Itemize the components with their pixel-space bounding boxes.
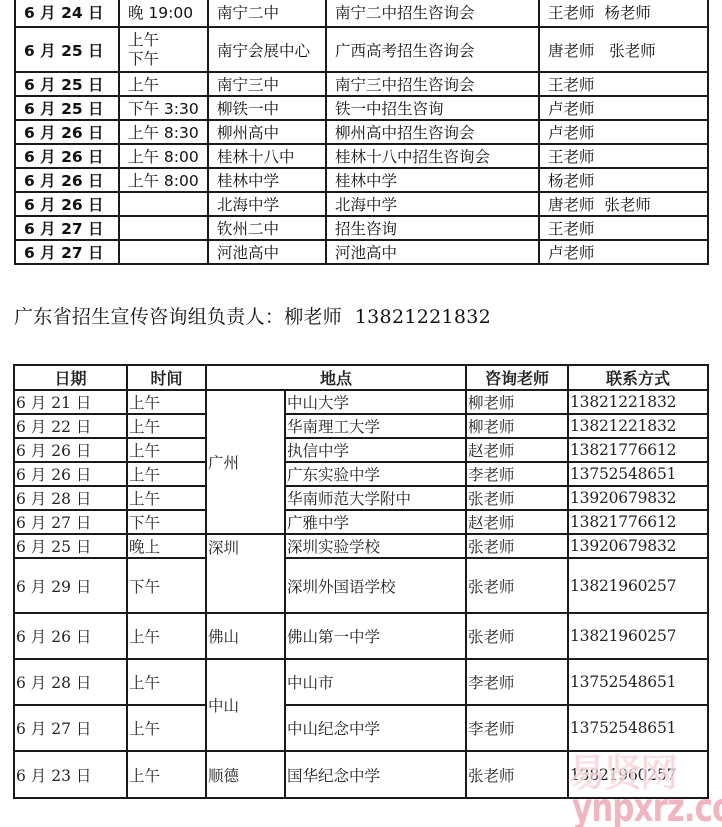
event-cell: 北海中学: [326, 192, 539, 216]
table-row: 6 月 21 日 上午 广州 中山大学 柳老师 13821221832: [14, 390, 708, 414]
time-cell: 上午: [127, 705, 206, 751]
table-row: 6 月 26 日 北海中学 北海中学 唐老师 张老师: [15, 192, 708, 216]
venue-cell: 桂林十八中: [208, 144, 326, 168]
time-cell: 上午: [127, 751, 206, 798]
time-cell: 上午: [119, 72, 208, 96]
city-cell-zhongshan: 中山: [206, 659, 285, 751]
date-cell: 6 月 27 日: [14, 510, 127, 534]
date-cell: 6 月 22 日: [14, 414, 127, 438]
guangdong-schedule-table: 日期 时间 地点 咨询老师 联系方式 6 月 21 日 上午 广州 中山大学 柳…: [13, 364, 709, 799]
teacher-cell: 王老师: [539, 144, 708, 168]
date-cell: 6 月 21 日: [14, 390, 127, 414]
school-cell: 国华纪念中学: [285, 751, 466, 798]
table-row: 6 月 27 日 河池高中 河池高中 卢老师: [15, 240, 708, 264]
phone-cell: 13821960257: [568, 751, 708, 798]
table-row: 6 月 26 日 上午 广东实验中学 李老师 13752548651: [14, 462, 708, 486]
teacher-cell: 张老师: [466, 613, 568, 659]
table-row: 6 月 24 日 晚 19:00 南宁二中 南宁二中招生咨询会 王老师 杨老师: [15, 0, 708, 27]
phone-cell: 13821960257: [568, 613, 708, 659]
teacher-cell: 李老师: [466, 705, 568, 751]
phone-cell: 13821960257: [568, 558, 708, 613]
teacher-cell: 杨老师: [539, 168, 708, 192]
time-line: 下午: [128, 50, 207, 69]
teacher-cell: 张老师: [466, 486, 568, 510]
phone-cell: 13821221832: [568, 390, 708, 414]
teacher-cell: 王老师: [539, 72, 708, 96]
event-cell: 河池高中: [326, 240, 539, 264]
date-cell: 6 月 27 日: [14, 705, 127, 751]
table-row: 6 月 26 日 上午 8:30 柳州高中 柳州高中招生咨询会 卢老师: [15, 120, 708, 144]
teacher-cell: 卢老师: [539, 120, 708, 144]
time-cell: 上午: [127, 390, 206, 414]
date-cell: 6 月 26 日: [15, 144, 119, 168]
event-cell: 桂林十八中招生咨询会: [326, 144, 539, 168]
school-cell: 佛山第一中学: [285, 613, 466, 659]
date-cell: 6 月 26 日: [14, 462, 127, 486]
teacher-cell: 李老师: [466, 462, 568, 486]
school-cell: 执信中学: [285, 438, 466, 462]
venue-cell: 桂林中学: [208, 168, 326, 192]
phone-cell: 13920679832: [568, 486, 708, 510]
phone-cell: 13752548651: [568, 659, 708, 705]
date-cell: 6 月 25 日: [15, 72, 119, 96]
teacher-cell: 张老师: [466, 534, 568, 558]
table-row: 6 月 28 日 上午 中山 中山市 李老师 13752548651: [14, 659, 708, 705]
table-row: 6 月 26 日 上午 佛山 佛山第一中学 张老师 13821960257: [14, 613, 708, 659]
date-cell: 6 月 26 日: [14, 438, 127, 462]
teacher-cell: 柳老师: [466, 414, 568, 438]
time-cell: 晚 19:00: [119, 0, 208, 27]
date-cell: 6 月 28 日: [14, 659, 127, 705]
time-cell: 上午 8:00: [119, 144, 208, 168]
teacher-cell: 王老师: [539, 216, 708, 240]
time-cell: 上午: [127, 659, 206, 705]
table-row: 6 月 27 日 上午 中山纪念中学 李老师 13752548651: [14, 705, 708, 751]
header-teacher: 咨询老师: [466, 365, 568, 390]
table-row: 6 月 25 日 上午 下午 南宁会展中心 广西高考招生咨询会 唐老师 张老师: [15, 27, 708, 72]
event-cell: 招生咨询: [326, 216, 539, 240]
teacher-cell: 赵老师: [466, 438, 568, 462]
time-cell: 下午: [127, 510, 206, 534]
date-cell: 6 月 27 日: [15, 216, 119, 240]
table-row: 6 月 23 日 上午 顺德 国华纪念中学 张老师 13821960257: [14, 751, 708, 798]
time-cell: 上午 下午: [119, 27, 208, 72]
time-cell: [119, 240, 208, 264]
time-cell: [119, 216, 208, 240]
teacher-cell: 张老师: [466, 751, 568, 798]
table-row: 6 月 25 日 晚上 深圳 深圳实验学校 张老师 13920679832: [14, 534, 708, 558]
header-location: 地点: [206, 365, 466, 390]
date-cell: 6 月 23 日: [14, 751, 127, 798]
school-cell: 中山市: [285, 659, 466, 705]
phone-cell: 13752548651: [568, 705, 708, 751]
date-cell: 6 月 26 日: [15, 120, 119, 144]
venue-cell: 南宁会展中心: [208, 27, 326, 72]
time-cell: 上午 8:00: [119, 168, 208, 192]
phone-cell: 13821221832: [568, 414, 708, 438]
date-cell: 6 月 25 日: [15, 96, 119, 120]
time-line: 上午: [128, 31, 207, 50]
event-cell: 柳州高中招生咨询会: [326, 120, 539, 144]
venue-cell: 河池高中: [208, 240, 326, 264]
date-cell: 6 月 29 日: [14, 558, 127, 613]
date-cell: 6 月 25 日: [14, 534, 127, 558]
event-cell: 广西高考招生咨询会: [326, 27, 539, 72]
teacher-cell: 卢老师: [539, 96, 708, 120]
school-cell: 中山纪念中学: [285, 705, 466, 751]
school-cell: 广雅中学: [285, 510, 466, 534]
table-row: 6 月 26 日 上午 执信中学 赵老师 13821776612: [14, 438, 708, 462]
event-cell: 桂林中学: [326, 168, 539, 192]
guangxi-schedule-table: 6 月 24 日 晚 19:00 南宁二中 南宁二中招生咨询会 王老师 杨老师 …: [14, 0, 709, 265]
city-cell-shunde: 顺德: [206, 751, 285, 798]
table-row: 6 月 27 日 钦州二中 招生咨询 王老师: [15, 216, 708, 240]
city-cell-shenzhen: 深圳: [206, 534, 285, 613]
time-cell: 下午 3:30: [119, 96, 208, 120]
school-cell: 华南理工大学: [285, 414, 466, 438]
time-cell: 上午 8:30: [119, 120, 208, 144]
phone-cell: 13920679832: [568, 534, 708, 558]
phone-cell: 13821776612: [568, 510, 708, 534]
city-cell-guangzhou: 广州: [206, 390, 285, 534]
school-cell: 深圳实验学校: [285, 534, 466, 558]
school-cell: 广东实验中学: [285, 462, 466, 486]
venue-cell: 南宁二中: [208, 0, 326, 27]
date-cell: 6 月 26 日: [14, 613, 127, 659]
time-cell: 上午: [127, 613, 206, 659]
date-cell: 6 月 27 日: [15, 240, 119, 264]
teacher-cell: 卢老师: [539, 240, 708, 264]
city-cell-foshan: 佛山: [206, 613, 285, 659]
venue-cell: 柳州高中: [208, 120, 326, 144]
teacher-cell: 张老师: [466, 558, 568, 613]
event-cell: 南宁二中招生咨询会: [326, 0, 539, 27]
event-cell: 南宁三中招生咨询会: [326, 72, 539, 96]
date-cell: 6 月 26 日: [15, 192, 119, 216]
table-row: 6 月 27 日 下午 广雅中学 赵老师 13821776612: [14, 510, 708, 534]
time-cell: 上午: [127, 414, 206, 438]
time-cell: 上午: [127, 486, 206, 510]
table-row: 6 月 25 日 上午 南宁三中 南宁三中招生咨询会 王老师: [15, 72, 708, 96]
date-cell: 6 月 26 日: [15, 168, 119, 192]
phone-cell: 13752548651: [568, 462, 708, 486]
table-row: 6 月 28 日 上午 华南师范大学附中 张老师 13920679832: [14, 486, 708, 510]
table-row: 6 月 25 日 下午 3:30 柳铁一中 铁一中招生咨询 卢老师: [15, 96, 708, 120]
venue-cell: 南宁三中: [208, 72, 326, 96]
header-time: 时间: [127, 365, 206, 390]
date-cell: 6 月 28 日: [14, 486, 127, 510]
header-date: 日期: [14, 365, 127, 390]
school-cell: 深圳外国语学校: [285, 558, 466, 613]
table-row: 6 月 29 日 下午 深圳外国语学校 张老师 13821960257: [14, 558, 708, 613]
event-cell: 铁一中招生咨询: [326, 96, 539, 120]
guangdong-section-heading: 广东省招生宣传咨询组负责人：柳老师 13821221832: [14, 302, 491, 329]
phone-cell: 13821776612: [568, 438, 708, 462]
teacher-cell: 唐老师 张老师: [539, 27, 708, 72]
venue-cell: 柳铁一中: [208, 96, 326, 120]
time-cell: 上午: [127, 462, 206, 486]
teacher-cell: 柳老师: [466, 390, 568, 414]
school-cell: 中山大学: [285, 390, 466, 414]
date-cell: 6 月 25 日: [15, 27, 119, 72]
teacher-cell: 王老师 杨老师: [539, 0, 708, 27]
teacher-cell: 唐老师 张老师: [539, 192, 708, 216]
table-row: 6 月 26 日 上午 8:00 桂林中学 桂林中学 杨老师: [15, 168, 708, 192]
time-cell: 上午: [127, 438, 206, 462]
date-cell: 6 月 24 日: [15, 0, 119, 27]
table-header-row: 日期 时间 地点 咨询老师 联系方式: [14, 365, 708, 390]
school-cell: 华南师范大学附中: [285, 486, 466, 510]
teacher-cell: 赵老师: [466, 510, 568, 534]
header-contact: 联系方式: [568, 365, 708, 390]
time-cell: [119, 192, 208, 216]
teacher-cell: 李老师: [466, 659, 568, 705]
time-cell: 下午: [127, 558, 206, 613]
venue-cell: 钦州二中: [208, 216, 326, 240]
table-row: 6 月 22 日 上午 华南理工大学 柳老师 13821221832: [14, 414, 708, 438]
table-row: 6 月 26 日 上午 8:00 桂林十八中 桂林十八中招生咨询会 王老师: [15, 144, 708, 168]
venue-cell: 北海中学: [208, 192, 326, 216]
time-cell: 晚上: [127, 534, 206, 558]
